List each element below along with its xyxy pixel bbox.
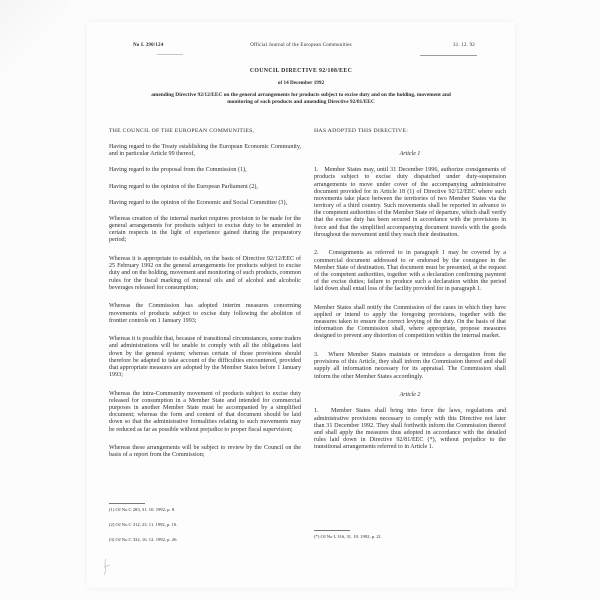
directive-date: of 14 December 1992 bbox=[87, 80, 515, 86]
enacting-formula: HAS ADOPTED THIS DIRECTIVE: bbox=[314, 128, 506, 135]
article-paragraph: Member States shall notify the Commissio… bbox=[314, 305, 506, 341]
right-column: HAS ADOPTED THIS DIRECTIVE: Article 1 1.… bbox=[314, 128, 506, 552]
journal-page: No L 390/124 Official Journal of the Eur… bbox=[87, 22, 515, 588]
preamble-paragraph: Having regard to the opinion of the Euro… bbox=[109, 184, 301, 191]
article-2-heading: Article 2 bbox=[314, 392, 506, 399]
directive-number: COUNCIL DIRECTIVE 92/108/EEC bbox=[87, 68, 515, 74]
footnote-item: (3) OJ No C 332, 16. 12. 1992, p. 26. bbox=[109, 537, 301, 543]
directive-subject: amending Directive 92/12/EEC on the gene… bbox=[140, 92, 462, 105]
footnote-rule bbox=[314, 530, 350, 531]
left-footnote-block: (1) OJ No C 283, 31. 10. 1992, p. 8. (2)… bbox=[109, 503, 301, 552]
recital-paragraph: Whereas the intra-Community movement of … bbox=[109, 391, 301, 434]
article-paragraph: 1. Member States shall bring into force … bbox=[314, 408, 506, 451]
recital-paragraph: Whereas creation of the internal market … bbox=[109, 216, 301, 245]
article-paragraph: 2. Consignments as referred to in paragr… bbox=[314, 250, 506, 293]
preamble-paragraph: Having regard to the Treaty establishing… bbox=[109, 144, 301, 158]
scan-artifact-mark bbox=[99, 558, 121, 584]
header-date: 31. 12. 92 bbox=[453, 43, 475, 48]
footnote-item: (2) OJ No C 312, 23. 11. 1992, p. 10. bbox=[109, 522, 301, 528]
preamble-opening: THE COUNCIL OF THE EUROPEAN COMMUNITIES, bbox=[109, 128, 301, 135]
footnote-item: (*) OJ No L 316, 31. 10. 1992, p. 21. bbox=[314, 534, 506, 540]
scanned-document-canvas: No L 390/124 Official Journal of the Eur… bbox=[0, 0, 600, 600]
article-paragraph: 1. Member States may, until 31 December … bbox=[314, 167, 506, 239]
page-header: No L 390/124 Official Journal of the Eur… bbox=[87, 43, 515, 55]
body-columns: THE COUNCIL OF THE EUROPEAN COMMUNITIES,… bbox=[109, 128, 506, 552]
preamble-paragraph: Having regard to the proposal from the C… bbox=[109, 167, 301, 174]
header-journal-title: Official Journal of the European Communi… bbox=[87, 43, 515, 48]
left-column: THE COUNCIL OF THE EUROPEAN COMMUNITIES,… bbox=[109, 128, 301, 552]
header-left-underline bbox=[157, 54, 183, 55]
scan-corner-shade bbox=[0, 0, 70, 70]
recital-paragraph: Whereas it is appropriate to establish, … bbox=[109, 256, 301, 292]
preamble-paragraph: Having regard to the opinion of the Econ… bbox=[109, 200, 301, 207]
article-paragraph: 3. Where Member States maintain or intro… bbox=[314, 352, 506, 381]
recital-paragraph: Whereas these arrangements will be subje… bbox=[109, 445, 301, 459]
right-footnote-block: (*) OJ No L 316, 31. 10. 1992, p. 21. bbox=[314, 530, 506, 549]
recital-paragraph: Whereas the Commission has adopted inter… bbox=[109, 303, 301, 324]
footnote-item: (1) OJ No C 283, 31. 10. 1992, p. 8. bbox=[109, 507, 301, 513]
header-right-underline bbox=[420, 55, 477, 56]
footnote-rule bbox=[109, 503, 145, 504]
recital-paragraph: Whereas it is possible that, because of … bbox=[109, 336, 301, 379]
article-1-heading: Article 1 bbox=[314, 151, 506, 158]
directive-title-block: COUNCIL DIRECTIVE 92/108/EEC of 14 Decem… bbox=[87, 68, 515, 105]
